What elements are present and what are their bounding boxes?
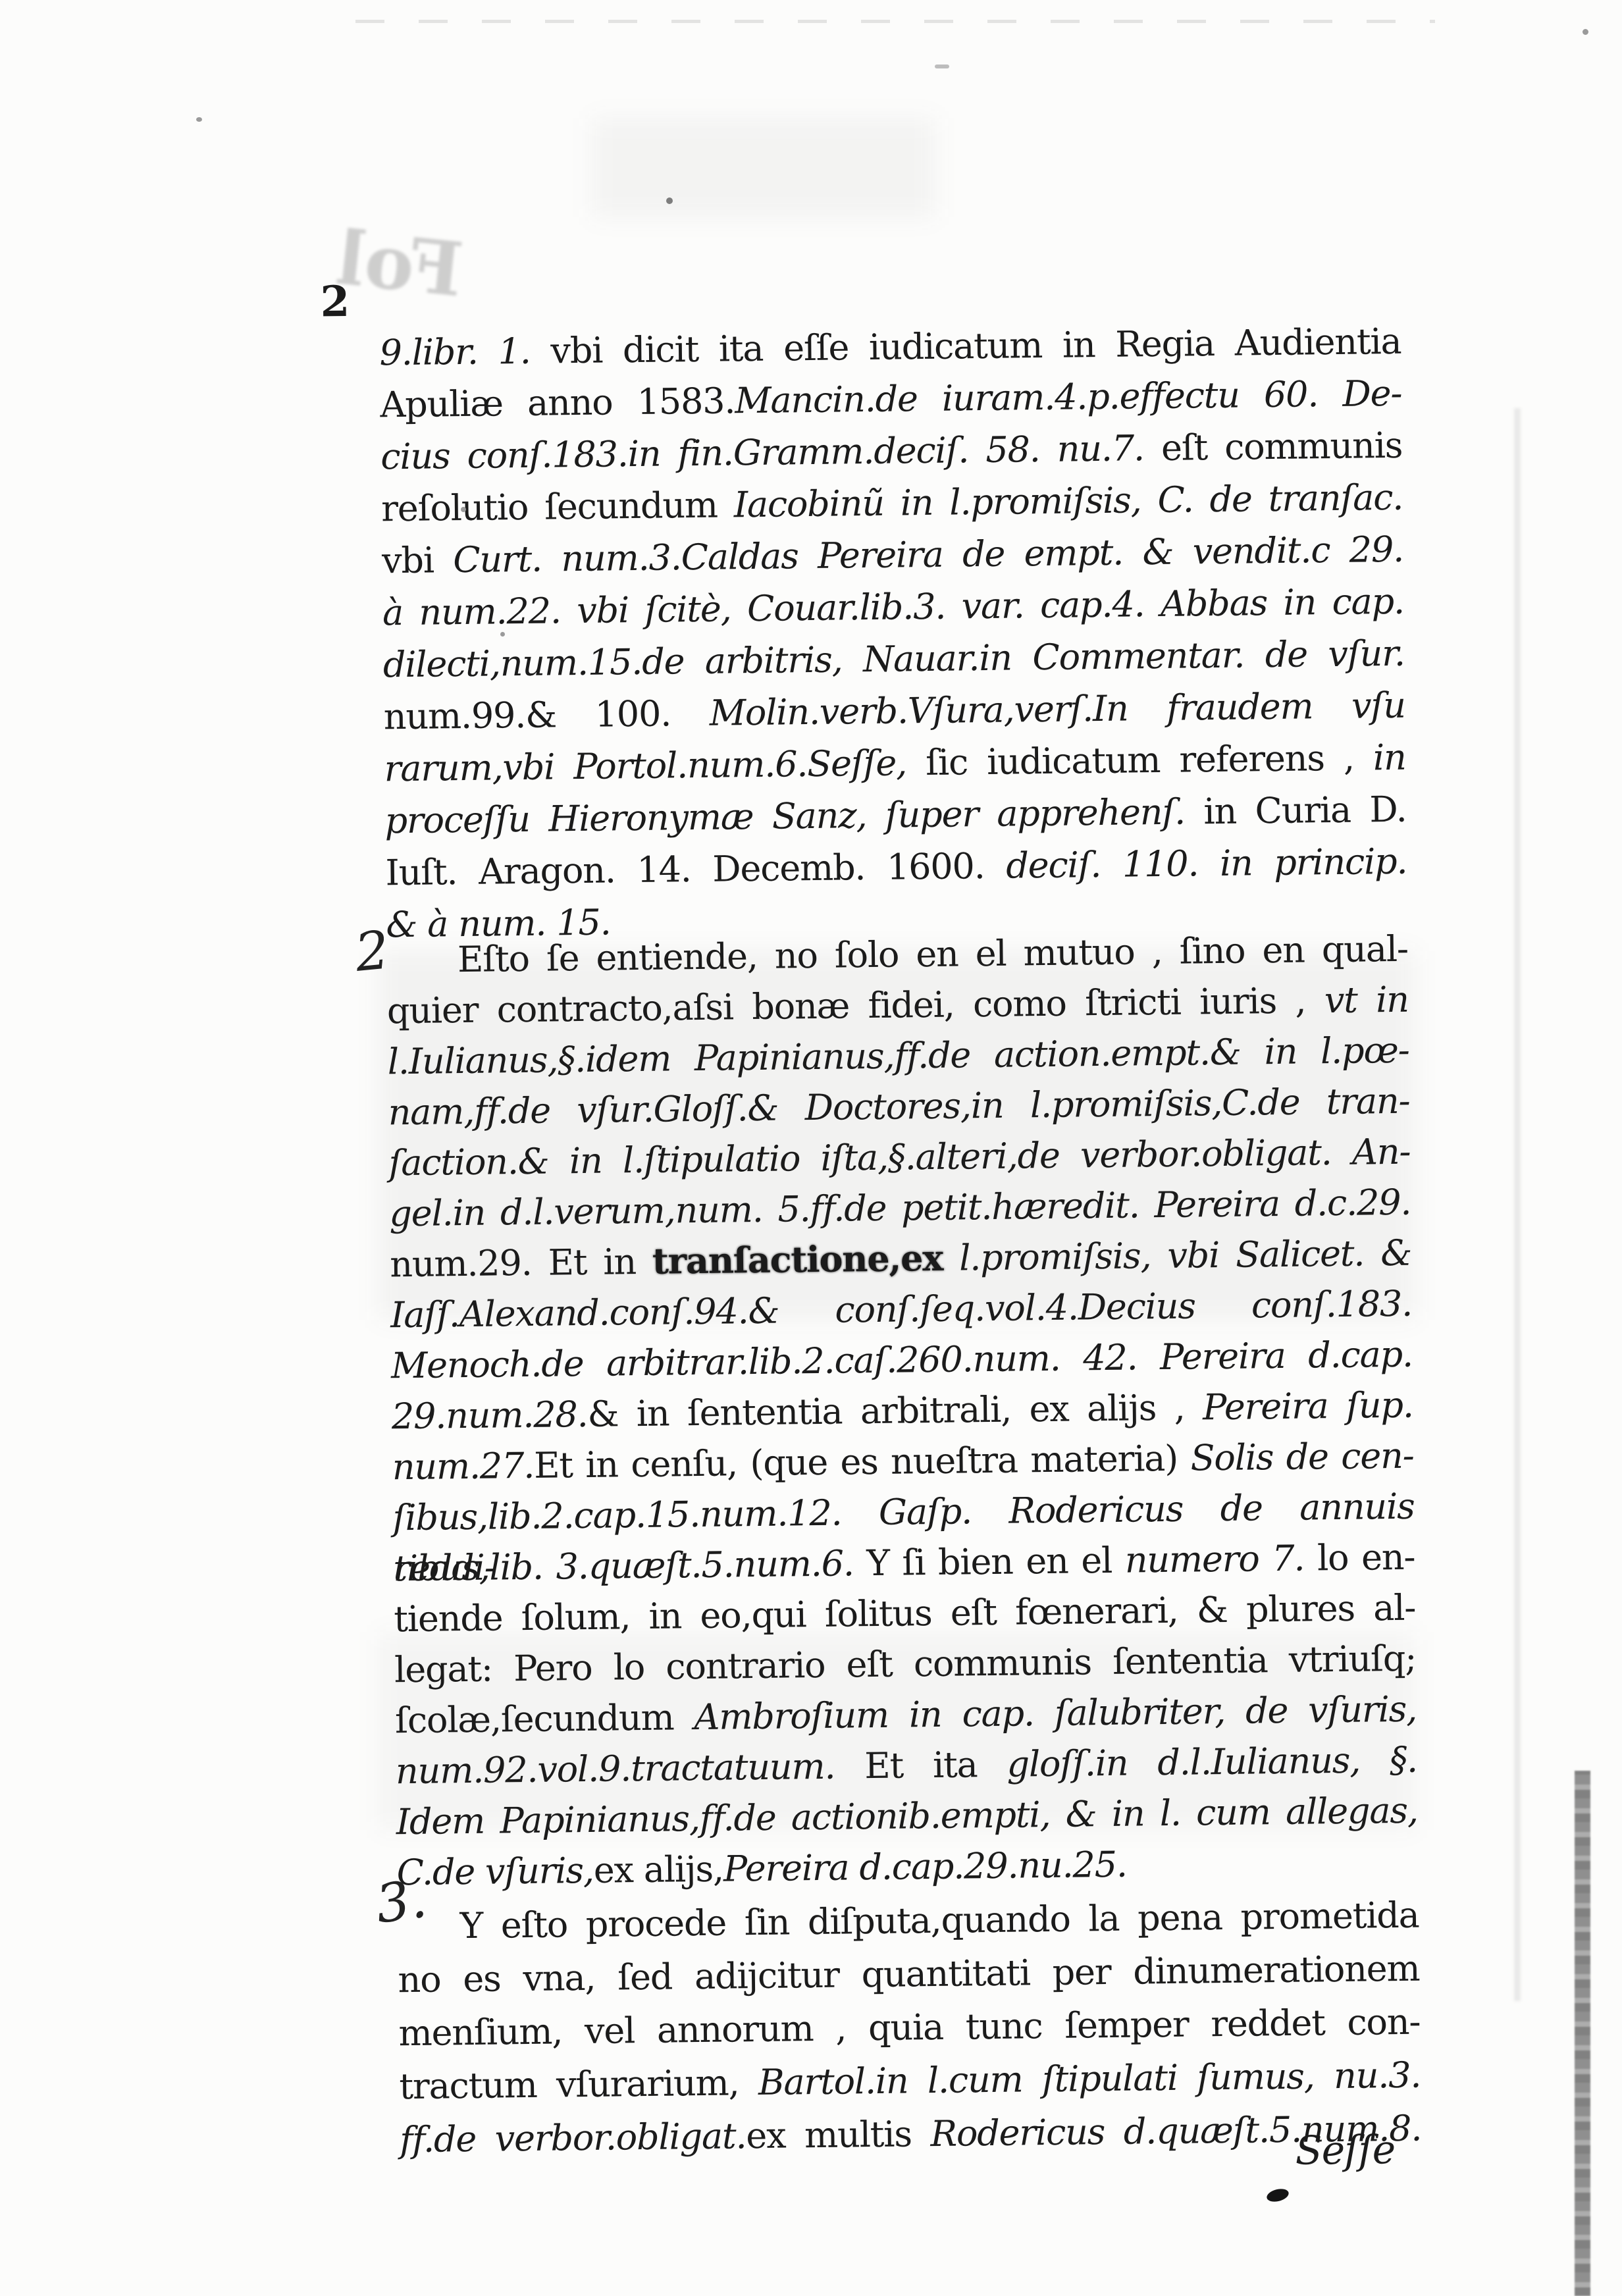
- text-segment: Y eſto procede ſin diſputa,quando la pen…: [459, 1894, 1419, 1947]
- text-segment: ff.de verbor.obligat.: [400, 2115, 746, 2160]
- text-segment: Menoch.de arbitrar.lib.2.caſ.260.num. 42…: [391, 1334, 1413, 1387]
- text-segment: dilecti,num.15.de arbitris, Nauar.in Com…: [383, 633, 1405, 686]
- text-segment: lo en-: [1317, 1536, 1415, 1579]
- scan-edge-artifact: [1575, 1771, 1590, 2296]
- text-line: ff.de verbor.obligat.ex multis Rodericus…: [400, 2102, 1422, 2167]
- scan-speck: [196, 117, 202, 122]
- text-segment: vbi: [382, 539, 454, 581]
- scan-speck: [1583, 29, 1588, 35]
- text-segment: Mancin.de iuram.4.p.effectu 60. De-: [735, 373, 1402, 421]
- text-segment: à num.22. vbi ſcitè, Couar.lib.3. var. c…: [382, 581, 1405, 634]
- text-segment: Solis de cen-: [1190, 1435, 1414, 1479]
- text-segment: Idem Papinianus,ff.de actionib.empti, & …: [396, 1790, 1418, 1843]
- text-segment: Pereira d.cap.29.nu.25.: [723, 1844, 1128, 1890]
- text-segment: num.29. Et in: [390, 1241, 652, 1286]
- text-segment: ſcolæ,ſecundum: [395, 1696, 694, 1741]
- book-page-scan: Fol 2 9.libr. 1. vbi dicit ita eſſe iudi…: [0, 0, 1622, 2296]
- text-segment: ex alijs,: [593, 1848, 723, 1891]
- text-segment: tractum vſurarium,: [399, 2062, 758, 2107]
- text-segment: numero 7.: [1124, 1537, 1317, 1580]
- text-segment: deciſ. 110. in princip.: [1006, 841, 1407, 887]
- text-segment: gloſſ.in d.l.Iulianus, §.: [1007, 1739, 1417, 1785]
- text-segment: Iuſt. Aragon. 14. Decemb. 1600.: [385, 845, 1006, 894]
- text-segment: num.92.vol.9.tractatuum.: [396, 1745, 865, 1792]
- text-segment: ex multis: [746, 2113, 931, 2156]
- text-segment: no es vna, ſed adijcitur quantitati per …: [398, 1948, 1420, 2001]
- text-segment: vt in: [1324, 979, 1409, 1021]
- text-segment: in Curia D.: [1203, 789, 1407, 832]
- text-segment: Et ita: [864, 1744, 1007, 1787]
- text-segment: num.27.: [392, 1445, 534, 1488]
- text-segment: Curt. num.3.Caldas Pereira de empt. & ve…: [453, 529, 1403, 581]
- text-segment: legat: Pero lo contrario eſt communis ſe…: [394, 1638, 1417, 1691]
- text-line: C.de vſuris,ex alijs,Pereira d.cap.29.nu…: [396, 1836, 1419, 1898]
- text-segment: tibus,lib. 3.quæſt.5.num.6.: [393, 1542, 867, 1589]
- text-segment: Ambroſium in cap. ſalubriter, de vſuris,: [694, 1688, 1417, 1738]
- text-segment: Iacobinũ in l.promiſsis, C. de tranſac.: [733, 477, 1403, 526]
- scan-speck: [461, 507, 466, 512]
- text-segment: Bartol.in l.cum ſtipulati ſumus, nu.3.: [758, 2054, 1421, 2103]
- text-segment: in: [1373, 737, 1406, 779]
- text-segment: eſt communis: [1161, 425, 1403, 469]
- text-segment: quier contracto,aſsi bonæ fidei, como ſt…: [387, 979, 1325, 1031]
- text-segment: menſium, vel annorum , quia tunc ſemper …: [398, 2001, 1421, 2054]
- scan-speck: [500, 632, 505, 637]
- text-segment: rarum,vbi Portol.num.6.Seſſe,: [384, 742, 926, 789]
- text-segment: num.99.& 100.: [383, 692, 710, 738]
- folio-number: 2: [320, 277, 350, 327]
- text-segment: reſolutio ſecundum: [381, 484, 734, 529]
- scan-speck: [666, 197, 673, 204]
- text-segment: proceſſu Hieronymæ Sanz, ſuper apprehenſ…: [384, 791, 1204, 841]
- text-segment: ſic iudicatum referens ,: [926, 737, 1373, 783]
- text-segment: vbi Salicet. &: [1167, 1232, 1411, 1276]
- text-segment: Molin.verb.Vſura,verſ.In fraudem vſu: [709, 685, 1405, 734]
- text-segment: tranſactione,ex: [652, 1237, 943, 1282]
- paragraph-2: Eſto ſe entiende, no ſolo en el mutuo , …: [386, 924, 1419, 1898]
- text-segment: C.de vſuris,: [396, 1850, 594, 1893]
- text-segment: gel.in d.l.verum,num. 5.ff.de petit.hære…: [389, 1182, 1411, 1235]
- text-segment: l.Iulianus,§.idem Papinianus,ff.de actio…: [387, 1030, 1409, 1083]
- text-segment: nam,ff.de vſur.Gloſſ.& Doctores,in l.pro…: [388, 1080, 1410, 1134]
- catchword: Seſſe: [1295, 2127, 1395, 2174]
- text-segment: Y ſi bien en el: [866, 1540, 1125, 1584]
- text-segment: l.promiſsis,: [943, 1235, 1168, 1279]
- text-segment: & in ſententia arbitrali, ex alijs ,: [587, 1386, 1203, 1435]
- paragraph-3: Y eſto procede ſin diſputa,quando la pen…: [397, 1889, 1421, 2167]
- text-segment: Iaſſ.Alexand.conſ.94.& conſ.ſeq.vol.4.De…: [390, 1283, 1413, 1336]
- text-segment: 29.num.28.: [391, 1394, 587, 1437]
- scan-edge-artifact: [1514, 408, 1521, 2001]
- scan-speck: [935, 65, 949, 68]
- text-segment: ſaction.& in l.ſtipulatio iſta,§.alteri,…: [388, 1131, 1411, 1184]
- text-segment: 9.libr. 1.: [379, 330, 551, 373]
- text-segment: cius conſ.183.in fin.Gramm.deciſ. 58. nu…: [380, 427, 1161, 477]
- text-segment: vbi dicit ita eſſe iudicatum in Regia Au…: [550, 321, 1401, 372]
- text-segment: Et in cenſu, (que es nueſtra materia): [534, 1438, 1191, 1486]
- text-segment: Eſto ſe entiende, no ſolo en el mutuo , …: [458, 928, 1409, 980]
- text-block: 2 9.libr. 1. vbi dicit ita eſſe iudicatu…: [0, 0, 1622, 2296]
- text-segment: tiende ſolum, in eo,qui ſolitus eſt fœne…: [394, 1587, 1416, 1640]
- paragraph-1: 9.libr. 1. vbi dicit ita eſſe iudicatum …: [379, 315, 1408, 951]
- text-segment: Pereira ſup.: [1203, 1384, 1413, 1428]
- text-segment: Apuliæ anno 1583.: [380, 380, 735, 425]
